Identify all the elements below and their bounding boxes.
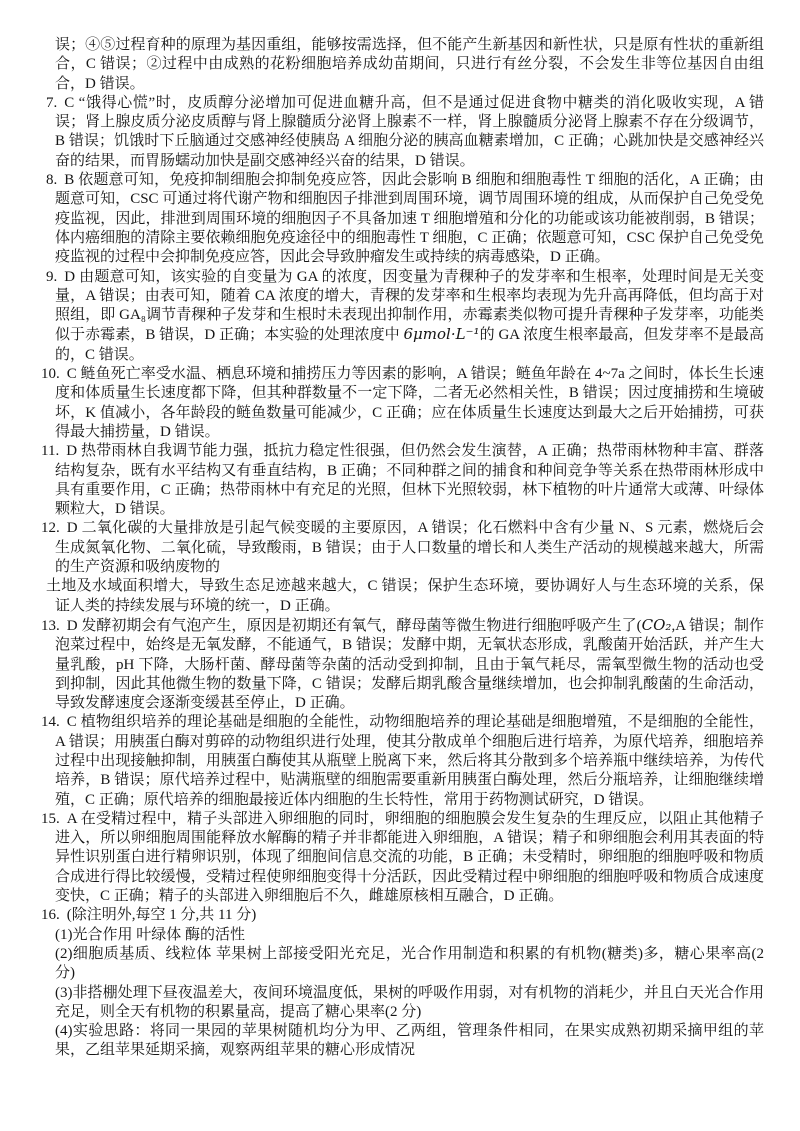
answer-item-13: 13.D 发酵初期会有气泡产生，原因是初期还有氧气，酵母菌等微生物进行细胞呼吸产… xyxy=(55,616,764,713)
continuation-paragraph: 误；④⑤过程育种的原理为基因重组，能够按需选择，但不能产生新基因和新性状，只是原… xyxy=(55,36,764,94)
answer-item-8: 8.B 依题意可知，免疫抑制细胞会抑制免疫应答，因此会影响 B 细胞和细胞毒性 … xyxy=(55,171,764,267)
item-number: 15. xyxy=(41,811,60,827)
item-number: 14. xyxy=(41,714,60,730)
answer-item-12-continuation: 土地及水域面积增大，导致生态足迹越来越大，C 错误；保护生态环境，要协调好人与生… xyxy=(55,577,764,616)
answer-item-7: 7.C “饿得心慌”时，皮质醇分泌增加可促进血糖升高，但不是通过促进食物中糖类的… xyxy=(55,94,764,171)
math-expression: 6μmol·L⁻¹ xyxy=(404,325,480,343)
document-page: 误；④⑤过程育种的原理为基因重组，能够按需选择，但不能产生新基因和新性状，只是原… xyxy=(0,0,800,1131)
item-text: C “饿得心慌”时，皮质醇分泌增加可促进血糖升高，但不是通过促进食物中糖类的消化… xyxy=(55,95,764,169)
math-expression: CO₂ xyxy=(642,616,672,634)
answer-item-11: 11.D 热带雨林自我调节能力强，抵抗力稳定性很强，但仍然会发生演替，A 正确；… xyxy=(55,442,764,519)
item-text: A 在受精过程中，精子头部进入卵细胞的同时，卵细胞的细胞膜会发生复杂的生理反应，… xyxy=(55,811,764,904)
item-text: D 热带雨林自我调节能力强，抵抗力稳定性很强，但仍然会发生演替，A 正确；热带雨… xyxy=(55,443,764,517)
item-text: C 植物组织培养的理论基础是细胞的全能性，动物细胞培养的理论基础是细胞增殖，不是… xyxy=(55,714,764,807)
item-number: 8. xyxy=(46,172,57,188)
item-text: B 依题意可知，免疫抑制细胞会抑制免疫应答，因此会影响 B 细胞和细胞毒性 T … xyxy=(55,172,764,265)
answer-item-12: 12.D 二氧化碳的大量排放是引起气候变暖的主要原因，A 错误；化石燃料中含有少… xyxy=(55,519,764,577)
item-number: 10. xyxy=(41,366,60,382)
item-number: 9. xyxy=(46,269,57,285)
answer-subitem-2: (2)细胞质基质、线粒体 苹果树上部接受阳光充足，光合作用制造和积累的有机物(糖… xyxy=(55,945,764,984)
answer-item-14: 14.C 植物组织培养的理论基础是细胞的全能性，动物细胞培养的理论基础是细胞增殖… xyxy=(55,713,764,809)
answer-item-9: 9.D 由题意可知，该实验的自变量为 GA 的浓度，因变量为青稞种子的发芽率和生… xyxy=(55,268,764,365)
answer-subitem-3: (3)非搭棚处理下昼夜温差大，夜间环境温度低，果树的呼吸作用弱，对有机物的消耗少… xyxy=(55,984,764,1023)
item-number: 7. xyxy=(46,95,57,111)
answer-key-content: 误；④⑤过程育种的原理为基因重组，能够按需选择，但不能产生新基因和新性状，只是原… xyxy=(55,36,764,1061)
answer-item-16-header: 16.(除注明外,每空 1 分,共 11 分) xyxy=(55,906,764,925)
item-text: (除注明外,每空 1 分,共 11 分) xyxy=(67,907,256,923)
item-number: 16. xyxy=(41,907,60,923)
item-number: 13. xyxy=(41,618,60,634)
item-text: D 发酵初期会有气泡产生，原因是初期还有氧气，酵母菌等微生物进行细胞呼吸产生了( xyxy=(67,618,642,634)
item-number: 11. xyxy=(41,443,59,459)
answer-item-10: 10.C 鲢鱼死亡率受水温、栖息环境和捕捞压力等因素的影响，A 错误；鲢鱼年龄在… xyxy=(55,365,764,442)
item-text: D 二氧化碳的大量排放是引起气候变暖的主要原因，A 错误；化石燃料中含有少量 N… xyxy=(55,520,764,575)
item-number: 12. xyxy=(41,520,60,536)
answer-subitem-1: (1)光合作用 叶绿体 酶的活性 xyxy=(55,926,764,945)
answer-item-15: 15.A 在受精过程中，精子头部进入卵细胞的同时，卵细胞的细胞膜会发生复杂的生理… xyxy=(55,810,764,906)
answer-subitem-4: (4)实验思路：将同一果园的苹果树随机均分为甲、乙两组，管理条件相同，在果实成熟… xyxy=(55,1022,764,1061)
item-text: C 鲢鱼死亡率受水温、栖息环境和捕捞压力等因素的影响，A 错误；鲢鱼年龄在 4~… xyxy=(55,366,764,440)
